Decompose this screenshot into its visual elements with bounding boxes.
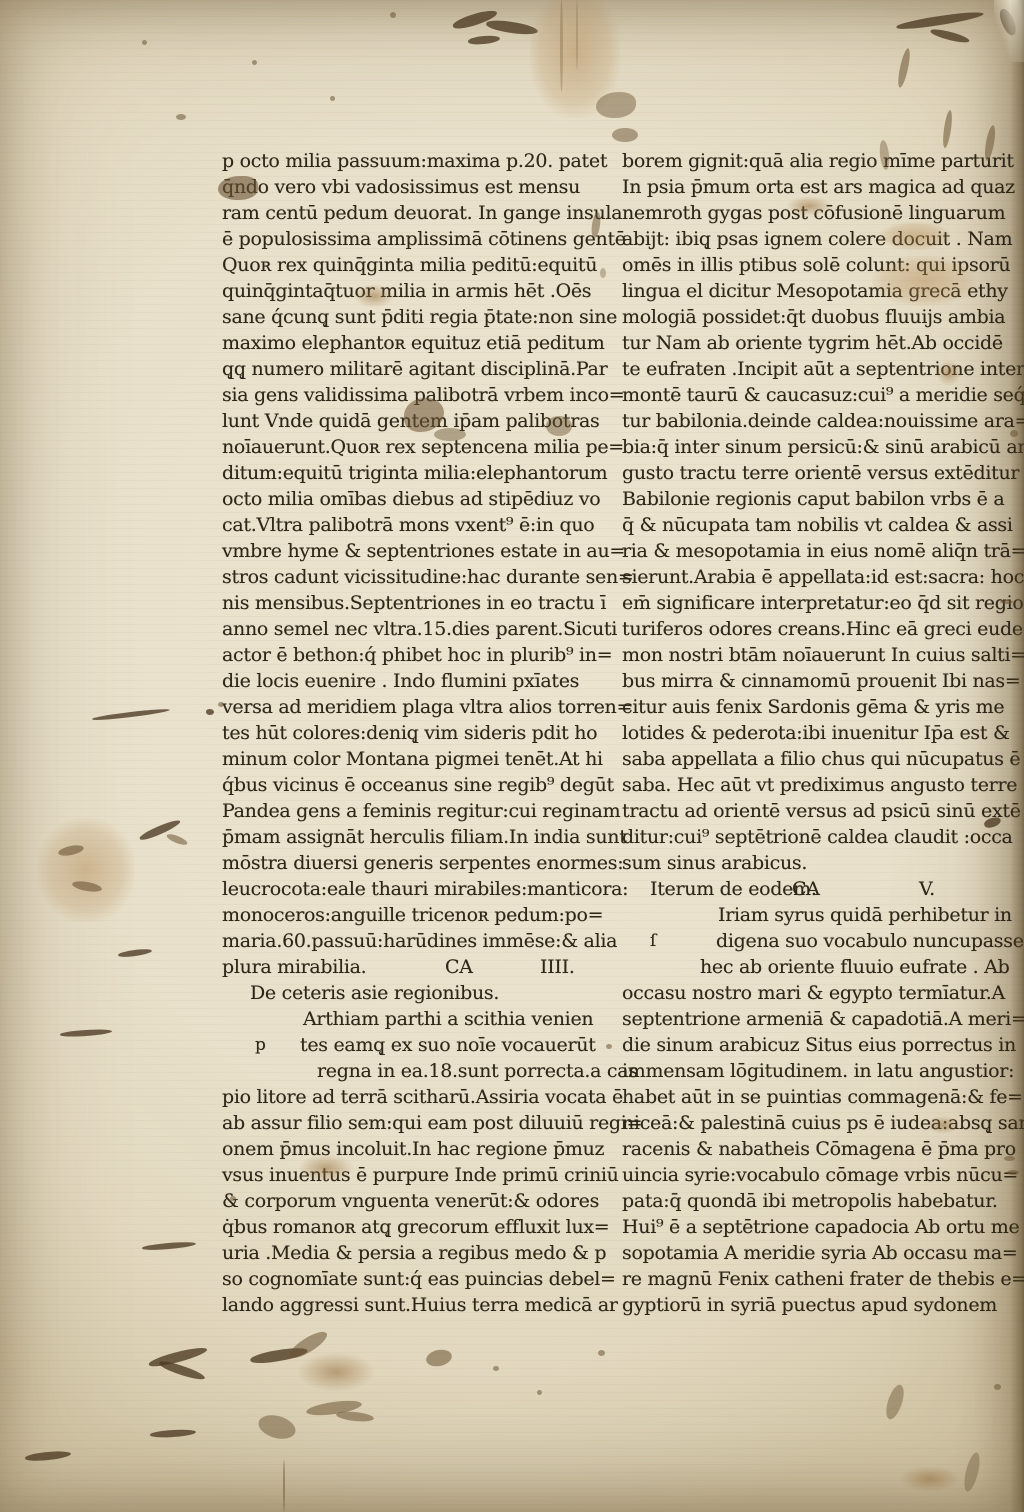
bottom-mark xyxy=(256,1411,299,1443)
text-line-content: lando aggressi sunt.Huius terra medicā a… xyxy=(222,1294,618,1316)
text-line-content: ditum:equitū triginta milia:elephantorum xyxy=(222,462,607,484)
margin-mark xyxy=(390,12,396,18)
bottom-mark xyxy=(296,1352,376,1392)
pen-mark xyxy=(930,27,971,44)
text-line-content: Babilonie regionis caput babilon vrbs ē … xyxy=(622,488,1004,510)
text-line: hec ab oriente fluuio eufrate . Ab xyxy=(622,954,1002,980)
margin-mark xyxy=(176,114,186,120)
bottom-mark xyxy=(994,1384,1001,1390)
text-line-content: vmbre hyme & septentriones estate in au= xyxy=(222,540,625,562)
text-line: em̄ significare interpretatur:eo q̄d sit… xyxy=(622,590,1002,616)
text-line-content: lotides & pederota:ibi inuenitur Ip̄a es… xyxy=(622,722,1010,744)
text-line: q̇bus romanoʀ atq̨ grecorum effluxit lux… xyxy=(222,1214,602,1240)
chapter-label: CA xyxy=(445,954,473,980)
text-line: Babilonie regionis caput babilon vrbs ē … xyxy=(622,486,1002,512)
text-line-content: ab assur filio sem:qui eam post diluuiū … xyxy=(222,1112,642,1134)
ink-mark xyxy=(468,34,501,45)
text-line-content: lunt Vnde quidā gentem ip̄am palibotras xyxy=(222,410,599,432)
text-line: sierunt.Arabia ē appellata:id est:sacra:… xyxy=(622,564,1002,590)
text-line: Arthiam parthi a scithia venien xyxy=(222,1006,602,1032)
bottom-mark xyxy=(425,1347,454,1368)
text-line-content: noīauerunt.Quoʀ rex septencena milia pe= xyxy=(222,436,624,458)
text-line: pio litore ad terrā scitharū.Assiria voc… xyxy=(222,1084,602,1110)
text-line-content: septentrione armeniā & capadotiā.A meri= xyxy=(622,1008,1024,1030)
text-line: nemroth gygas post cōfusionē linguarum xyxy=(622,200,1002,226)
stain xyxy=(530,0,620,118)
text-line: noīauerunt.Quoʀ rex septencena milia pe= xyxy=(222,434,602,460)
text-line-content: stros cadunt vicissitudine:hac durante s… xyxy=(222,566,634,588)
text-line-content: te eufraten .Incipit aūt a septentrione … xyxy=(622,358,1024,380)
text-line-content: p octo milia passuum:maxima p.20. patet xyxy=(222,150,607,172)
text-line: tractu ad orientē versus ad psicū sinū e… xyxy=(622,798,1002,824)
text-line: immensam lōgitudinem. in latu angustior: xyxy=(622,1058,1002,1084)
text-line-content: quinq̄gintaq̄tuor milia in armis hēt .Oē… xyxy=(222,280,591,302)
text-line-content: habet aūt in se puintias commagenā:& fe= xyxy=(622,1086,1023,1108)
text-line: ram centū pedum deuorat. In gange insula xyxy=(222,200,602,226)
bottom-mark xyxy=(305,1398,362,1418)
text-line: vmbre hyme & septentriones estate in au= xyxy=(222,538,602,564)
pen-mark xyxy=(896,9,984,32)
text-line-content: sia gens validissima palibotrā vrbem inc… xyxy=(222,384,624,406)
text-line-content: sopotamia A meridie syria Ab occasu ma= xyxy=(622,1242,1018,1264)
chapter-label: CA xyxy=(792,876,820,902)
text-line-content: nemroth gygas post cōfusionē linguarum xyxy=(622,202,1005,224)
text-line: & corporum vnguenta venerūt:& odores xyxy=(222,1188,602,1214)
text-line-content: saba appellata a filio chus qui nūcupatu… xyxy=(622,748,1020,770)
text-line: habet aūt in se puintias commagenā:& fe= xyxy=(622,1084,1002,1110)
text-line-content: pata:q̄ quondā ibi metropolis habebatur. xyxy=(622,1190,998,1212)
text-line-content: q̄ & nūcupata tam nobilis vt caldea & as… xyxy=(622,514,1013,536)
text-line-content: sane q́cunq̨ sunt p̄diti regia p̄tate:no… xyxy=(222,306,617,328)
bottom-mark xyxy=(493,1366,499,1371)
text-line: cat.Vltra palibotrā mons vxent⁹ ē:in quo xyxy=(222,512,602,538)
text-line: lunt Vnde quidā gentem ip̄am palibotras xyxy=(222,408,602,434)
text-line-content: Hui⁹ ē a septētrione capadocia Ab ortu m… xyxy=(622,1216,1019,1238)
ink-mark xyxy=(485,18,538,36)
text-line: ab assur filio sem:qui eam post diluuiū … xyxy=(222,1110,602,1136)
ink-mark xyxy=(612,128,638,142)
bottom-mark xyxy=(148,1344,209,1369)
text-line-content: versa ad meridiem plaga vltra alios torr… xyxy=(222,696,632,718)
text-line: lotides & pederota:ibi inuenitur Ip̄a es… xyxy=(622,720,1002,746)
text-line-content: saba. Hec aūt vt prediximus angusto terr… xyxy=(622,774,1017,796)
text-line-content: so cognomīate sunt:q́ eas puincias debel… xyxy=(222,1268,616,1290)
gutter-mark xyxy=(606,1044,612,1049)
bottom-mark xyxy=(336,1410,375,1423)
text-line: occasu nostro mari & egypto termīatur.A xyxy=(622,980,1002,1006)
text-line: stros cadunt vicissitudine:hac durante s… xyxy=(222,564,602,590)
bottom-mark xyxy=(537,1390,542,1395)
text-line-content: montē taurū & caucasuz:cui⁹ a meridie se… xyxy=(622,384,1024,406)
text-line: re magnū Fenix catheni frater de thebis … xyxy=(622,1266,1002,1292)
text-line-content: niceā:& palestinā cuius ps ē iudea:absq̨… xyxy=(622,1112,1024,1134)
text-line-content: octo milia omības diebus ad stipēdiuz vo xyxy=(222,488,600,510)
text-line: q̨q̨ numero militarē agitant disciplinā.… xyxy=(222,356,602,382)
text-line: bus mirra & cinnamomū prouenit Ibi nas= xyxy=(622,668,1002,694)
text-line-content: anno semel nec vltra.15.dies parent.Sicu… xyxy=(222,618,617,640)
margin-mark xyxy=(206,709,214,715)
text-line-content: pio litore ad terrā scitharū.Assiria voc… xyxy=(222,1086,623,1108)
text-line: citur auis fenix Sardonis gēma & yris me xyxy=(622,694,1002,720)
text-line-content: ditur:cui⁹ septētrionē caldea claudit :o… xyxy=(622,826,1013,848)
text-line: ria & mesopotamia in eius nomē aliq̄n tr… xyxy=(622,538,1002,564)
text-line: uria .Media & persia a regibus medo & p xyxy=(222,1240,602,1266)
text-line: sia gens validissima palibotrā vrbem inc… xyxy=(222,382,602,408)
text-line: monoceros:anguille tricenoʀ pedum:po= xyxy=(222,902,602,928)
bottom-mark xyxy=(961,1451,982,1493)
text-line-content: lingua el dicitur Mesopotamia grecā ethy xyxy=(622,280,1008,302)
text-line: ſdigena suo vocabulo nuncupasse xyxy=(622,928,1002,954)
text-line: so cognomīate sunt:q́ eas puincias debel… xyxy=(222,1266,602,1292)
ink-mark xyxy=(576,0,578,70)
text-line: minum color Montana pigmei tenēt.At hi xyxy=(222,746,602,772)
text-line-content: nis mensibus.Septentriones in eo tractu … xyxy=(222,592,606,614)
text-line: te eufraten .Incipit aūt a septentrione … xyxy=(622,356,1002,382)
text-line: gusto tractu terre orientē versus extēdi… xyxy=(622,460,1002,486)
text-line-content: citur auis fenix Sardonis gēma & yris me xyxy=(622,696,1004,718)
margin-mark xyxy=(118,948,153,959)
text-line: Quoʀ rex quinq̄ginta milia peditū:equitū xyxy=(222,252,602,278)
margin-mark xyxy=(142,1241,196,1252)
text-line: die locis euenire . Indo flumini pxīates xyxy=(222,668,602,694)
text-line-content: omēs in illis ptibus solē colunt: qui ip… xyxy=(622,254,1010,276)
text-line-content: vsus inuentus ē purpure Inde primū crini… xyxy=(222,1164,619,1186)
text-line-content: cat.Vltra palibotrā mons vxent⁹ ē:in quo xyxy=(222,514,594,536)
text-line: mon nostri btām noīauerunt In cuius salt… xyxy=(622,642,1002,668)
text-line: q̄ndo vero vbi vadosissimus est mensu xyxy=(222,174,602,200)
text-line-content: q́bus vicinus ē occeanus sine regib⁹ deg… xyxy=(222,774,614,796)
text-line-content: Arthiam parthi a scithia venien xyxy=(303,1008,593,1030)
text-line-content: & corporum vnguenta venerūt:& odores xyxy=(222,1190,599,1212)
ink-mark xyxy=(451,7,498,32)
text-line: sum sinus arabicus. xyxy=(622,850,1002,876)
text-line-content: tes hūt colores:deniq̨ vim sideris pdit … xyxy=(222,722,597,744)
text-line: turiferos odores creans.Hinc eā greci eu… xyxy=(622,616,1002,642)
bottom-mark xyxy=(150,1428,196,1438)
text-line-content: mologiā possidet:q̄t duobus fluuijs ambi… xyxy=(622,306,1005,328)
text-line-content: digena suo vocabulo nuncupasse xyxy=(716,930,1024,952)
text-line: montē taurū & caucasuz:cui⁹ a meridie se… xyxy=(622,382,1002,408)
text-line: ē populosissima amplissimā cōtinens gent… xyxy=(222,226,602,252)
text-line: saba appellata a filio chus qui nūcupatu… xyxy=(622,746,1002,772)
text-line: nis mensibus.Septentriones in eo tractu … xyxy=(222,590,602,616)
text-line: tur babilonia.deinde caldea:nouissime ar… xyxy=(622,408,1002,434)
chapter-numeral: IIII. xyxy=(540,954,575,980)
stain xyxy=(38,818,134,922)
text-line-content: bus mirra & cinnamomū prouenit Ibi nas= xyxy=(622,670,1021,692)
text-line-content: q̨q̨ numero militarē agitant disciplinā.… xyxy=(222,358,607,380)
ink-mark xyxy=(596,92,636,118)
text-line-content: maximo elephantoʀ equituz etiā peditum xyxy=(222,332,604,354)
text-line: abijt: ibiq̨ psas ignem colere docuit . … xyxy=(622,226,1002,252)
text-line-content: Quoʀ rex quinq̄ginta milia peditū:equitū xyxy=(222,254,597,276)
text-line-content: Iriam syrus quidā perhibetur in xyxy=(718,904,1012,926)
text-line-content: regna in ea.18.sunt porrecta.a cas xyxy=(317,1060,638,1082)
pen-mark xyxy=(896,48,912,89)
text-line-content: tes eamq̨ ex suo noīe vocauerūt xyxy=(300,1034,596,1056)
text-line-content: tur Nam ab oriente tygrim hēt.Ab occidē xyxy=(622,332,1003,354)
text-line: Hui⁹ ē a septētrione capadocia Ab ortu m… xyxy=(622,1214,1002,1240)
bottom-mark xyxy=(883,1383,907,1422)
text-line-content: borem gignit:quā alia regio mīme parturi… xyxy=(622,150,1014,172)
text-line-content: monoceros:anguille tricenoʀ pedum:po= xyxy=(222,904,603,926)
ink-mark xyxy=(560,0,563,92)
text-line: niceā:& palestinā cuius ps ē iudea:absq̨… xyxy=(622,1110,1002,1136)
text-line: anno semel nec vltra.15.dies parent.Sicu… xyxy=(222,616,602,642)
text-column-right: borem gignit:quā alia regio mīme parturi… xyxy=(622,148,1002,1318)
text-line: septentrione armeniā & capadotiā.A meri= xyxy=(622,1006,1002,1032)
gutter-mark xyxy=(598,1350,605,1356)
text-line: leucrocota:eale thauri mirabiles:mantico… xyxy=(222,876,602,902)
page-edge xyxy=(1010,0,1024,1512)
text-line-content: uincia syrie:vocabulo cōmage vrbis nūcu= xyxy=(622,1164,1018,1186)
chapter-numeral: V. xyxy=(919,876,935,902)
text-line-content: die locis euenire . Indo flumini pxīates xyxy=(222,670,579,692)
text-line-content: re magnū Fenix catheni frater de thebis … xyxy=(622,1268,1024,1290)
text-line: ditur:cui⁹ septētrionē caldea claudit :o… xyxy=(622,824,1002,850)
text-line: regna in ea.18.sunt porrecta.a cas xyxy=(222,1058,602,1084)
text-line: pata:q̄ quondā ibi metropolis habebatur. xyxy=(622,1188,1002,1214)
text-line-content: q̇bus romanoʀ atq̨ grecorum effluxit lux… xyxy=(222,1216,609,1238)
chapter-heading: De ceteris asie regionibus. xyxy=(222,980,602,1006)
bottom-mark xyxy=(249,1345,308,1366)
bottom-mark xyxy=(25,1450,72,1463)
guide-letter: p xyxy=(255,1032,266,1058)
text-line-content: abijt: ibiq̨ psas ignem colere docuit . … xyxy=(622,228,1012,250)
text-line: tur Nam ab oriente tygrim hēt.Ab occidē xyxy=(622,330,1002,356)
text-line: vsus inuentus ē purpure Inde primū crini… xyxy=(222,1162,602,1188)
text-line-content: ria & mesopotamia in eius nomē aliq̄n tr… xyxy=(622,540,1024,562)
text-line: mōstra diuersi generis serpentes enormes… xyxy=(222,850,602,876)
text-line-content: em̄ significare interpretatur:eo q̄d sit… xyxy=(622,592,1024,614)
text-line: saba. Hec aūt vt prediximus angusto terr… xyxy=(622,772,1002,798)
text-line-content: gyptiorū in syriā puectus apud sydonem xyxy=(622,1294,997,1316)
text-line: uincia syrie:vocabulo cōmage vrbis nūcu= xyxy=(622,1162,1002,1188)
text-line: racenis & nabatheis Cōmagena ē p̄ma pro xyxy=(622,1136,1002,1162)
text-line-content: In psia p̄mum orta est ars magica ad qua… xyxy=(622,176,1015,198)
margin-mark xyxy=(252,60,257,65)
pen-mark xyxy=(941,110,953,149)
text-line-content: racenis & nabatheis Cōmagena ē p̄ma pro xyxy=(622,1138,1016,1160)
text-line-content: onem p̄mus incoluit.In hac regione p̄muz xyxy=(222,1138,604,1160)
chapter-number-line: Iterum de eodem.CAV. xyxy=(622,876,1002,902)
text-line: q̄ & nūcupata tam nobilis vt caldea & as… xyxy=(622,512,1002,538)
margin-mark xyxy=(142,40,147,45)
text-line: sopotamia A meridie syria Ab occasu ma= xyxy=(622,1240,1002,1266)
margin-mark xyxy=(71,879,102,893)
text-line: p octo milia passuum:maxima p.20. patet xyxy=(222,148,602,174)
text-line-content: ram centū pedum deuorat. In gange insula xyxy=(222,202,622,224)
text-line-content: mon nostri btām noīauerunt In cuius salt… xyxy=(622,644,1024,666)
bottom-mark xyxy=(283,1460,285,1512)
bottom-mark xyxy=(286,1327,331,1362)
text-line: omēs in illis ptibus solē colunt: qui ip… xyxy=(622,252,1002,278)
text-line: versa ad meridiem plaga vltra alios torr… xyxy=(222,694,602,720)
text-line-content: actor ē bethon:q́ phibet hoc in plurib⁹ … xyxy=(222,644,612,666)
text-line-content: hec ab oriente fluuio eufrate . Ab xyxy=(700,956,1009,978)
text-line: lando aggressi sunt.Huius terra medicā a… xyxy=(222,1292,602,1318)
text-line-content: sum sinus arabicus. xyxy=(622,852,807,874)
text-line-content: sierunt.Arabia ē appellata:id est:sacra:… xyxy=(622,566,1024,588)
margin-mark xyxy=(60,1028,112,1038)
text-line-content: leucrocota:eale thauri mirabiles:mantico… xyxy=(222,878,628,900)
text-line-content: tur babilonia.deinde caldea:nouissime ar… xyxy=(622,410,1024,432)
text-line: tes hūt colores:deniq̨ vim sideris pdit … xyxy=(222,720,602,746)
text-line: quinq̄gintaq̄tuor milia in armis hēt .Oē… xyxy=(222,278,602,304)
margin-mark xyxy=(138,817,181,842)
text-line: actor ē bethon:q́ phibet hoc in plurib⁹ … xyxy=(222,642,602,668)
text-line-content: ē populosissima amplissimā cōtinens gent… xyxy=(222,228,626,250)
text-line: mologiā possidet:q̄t duobus fluuijs ambi… xyxy=(622,304,1002,330)
margin-mark xyxy=(57,843,84,857)
text-line-content: p̄mam assignāt herculis filiam.In india … xyxy=(222,826,627,848)
margin-mark xyxy=(165,832,188,847)
incunable-page: p octo milia passuum:maxima p.20. patetq… xyxy=(0,0,1024,1512)
text-line-content: minum color Montana pigmei tenēt.At hi xyxy=(222,748,603,770)
text-line-content: bia:q̄ inter sinum persicū:& sinū arabic… xyxy=(622,436,1024,458)
text-line-content: turiferos odores creans.Hinc eā greci eu… xyxy=(622,618,1023,640)
chapter-end-text: Iterum de eodem. xyxy=(622,876,817,902)
text-line-content: die sinum arabicuz Situs eius porrectus … xyxy=(622,1034,1016,1056)
text-line-content: q̄ndo vero vbi vadosissimus est mensu xyxy=(222,176,580,198)
text-line-content: uria .Media & persia a regibus medo & p xyxy=(222,1242,606,1264)
text-line-content: gusto tractu terre orientē versus extēdi… xyxy=(622,462,1019,484)
guide-letter: ſ xyxy=(650,928,656,954)
margin-mark xyxy=(92,707,170,721)
bottom-mark xyxy=(900,1466,960,1492)
text-line: bia:q̄ inter sinum persicū:& sinū arabic… xyxy=(622,434,1002,460)
text-line: ptes eamq̨ ex suo noīe vocauerūt xyxy=(222,1032,602,1058)
text-column-left: p octo milia passuum:maxima p.20. patetq… xyxy=(222,148,602,1318)
text-line-content: maria.60.passuū:harūdines immēse:& alia xyxy=(222,930,617,952)
bottom-mark xyxy=(158,1359,206,1382)
text-line: sane q́cunq̨ sunt p̄diti regia p̄tate:no… xyxy=(222,304,602,330)
chapter-number-line: plura mirabilia.CAIIII. xyxy=(222,954,602,980)
text-line: gyptiorū in syriā puectus apud sydonem xyxy=(622,1292,1002,1318)
chapter-end-text: plura mirabilia. xyxy=(222,956,366,978)
margin-mark xyxy=(330,96,335,101)
text-line: onem p̄mus incoluit.In hac regione p̄muz xyxy=(222,1136,602,1162)
text-line: ditum:equitū triginta milia:elephantorum xyxy=(222,460,602,486)
text-line-content: occasu nostro mari & egypto termīatur.A xyxy=(622,982,1005,1004)
text-line-content: tractu ad orientē versus ad psicū sinū e… xyxy=(622,800,1021,822)
text-line: maximo elephantoʀ equituz etiā peditum xyxy=(222,330,602,356)
text-line: p̄mam assignāt herculis filiam.In india … xyxy=(222,824,602,850)
text-line: Pandea gens a feminis regitur:cui regina… xyxy=(222,798,602,824)
text-line: q́bus vicinus ē occeanus sine regib⁹ deg… xyxy=(222,772,602,798)
text-line-content: Pandea gens a feminis regitur:cui regina… xyxy=(222,800,620,822)
text-line-content: immensam lōgitudinem. in latu angustior: xyxy=(622,1060,1014,1082)
text-line: Iriam syrus quidā perhibetur in xyxy=(622,902,1002,928)
text-line: In psia p̄mum orta est ars magica ad qua… xyxy=(622,174,1002,200)
text-line: maria.60.passuū:harūdines immēse:& alia xyxy=(222,928,602,954)
text-line-content: mōstra diuersi generis serpentes enormes… xyxy=(222,852,623,874)
text-line-content: De ceteris asie regionibus. xyxy=(250,982,499,1004)
text-line: die sinum arabicuz Situs eius porrectus … xyxy=(622,1032,1002,1058)
text-line: octo milia omības diebus ad stipēdiuz vo xyxy=(222,486,602,512)
text-line: lingua el dicitur Mesopotamia grecā ethy xyxy=(622,278,1002,304)
text-line: borem gignit:quā alia regio mīme parturi… xyxy=(622,148,1002,174)
